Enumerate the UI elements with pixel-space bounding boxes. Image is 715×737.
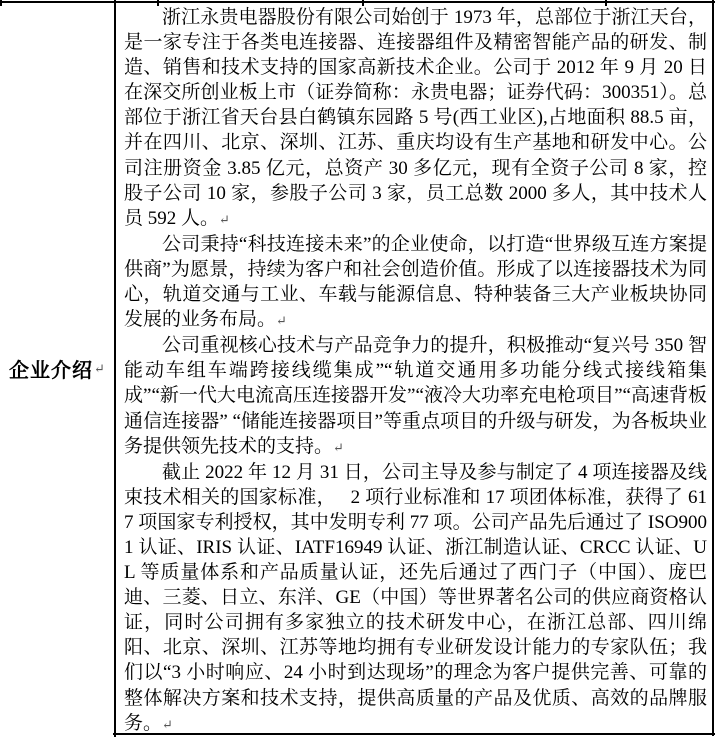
paragraph-text: 公司重视核心技术与产品竞争力的提升，积极推动“复兴号 350 智能动车组车端跨接…	[124, 335, 707, 456]
paragraph-mark-icon: ↵	[94, 361, 105, 377]
company-introduction-cell: 浙江永贵电器股份有限公司始创于 1973 年，总部位于浙江天台，是一家专注于各类…	[116, 0, 713, 737]
paragraph-mark-icon: ↵	[333, 440, 344, 455]
document-page: 企业介绍↵ 浙江永贵电器股份有限公司始创于 1973 年，总部位于浙江天台，是一…	[0, 0, 715, 737]
paragraph-text: 截止 2022 年 12 月 31 日，公司主导及参与制定了 4 项连接器及线束…	[124, 462, 707, 734]
paragraph-key-projects: 公司重视核心技术与产品竞争力的提升，积极推动“复兴号 350 智能动车组车端跨接…	[124, 333, 707, 459]
paragraph-mission-vision: 公司秉持“科技连接未来”的企业使命，以打造“世界级互连方案提供商”为愿景，持续为…	[124, 232, 707, 333]
row-header-label: 企业介绍	[9, 354, 93, 383]
paragraph-standards-certifications: 截止 2022 年 12 月 31 日，公司主导及参与制定了 4 项连接器及线束…	[124, 460, 707, 737]
row-header-cell: 企业介绍↵	[0, 0, 114, 737]
paragraph-text: 公司秉持“科技连接未来”的企业使命，以打造“世界级互连方案提供商”为愿景，持续为…	[124, 234, 707, 330]
paragraph-mark-icon: ↵	[276, 313, 287, 328]
paragraph-text: 浙江永贵电器股份有限公司始创于 1973 年，总部位于浙江天台，是一家专注于各类…	[124, 7, 707, 229]
paragraph-company-overview: 浙江永贵电器股份有限公司始创于 1973 年，总部位于浙江天台，是一家专注于各类…	[124, 5, 707, 232]
paragraph-mark-icon: ↵	[219, 212, 230, 227]
paragraph-mark-icon: ↵	[162, 717, 173, 732]
